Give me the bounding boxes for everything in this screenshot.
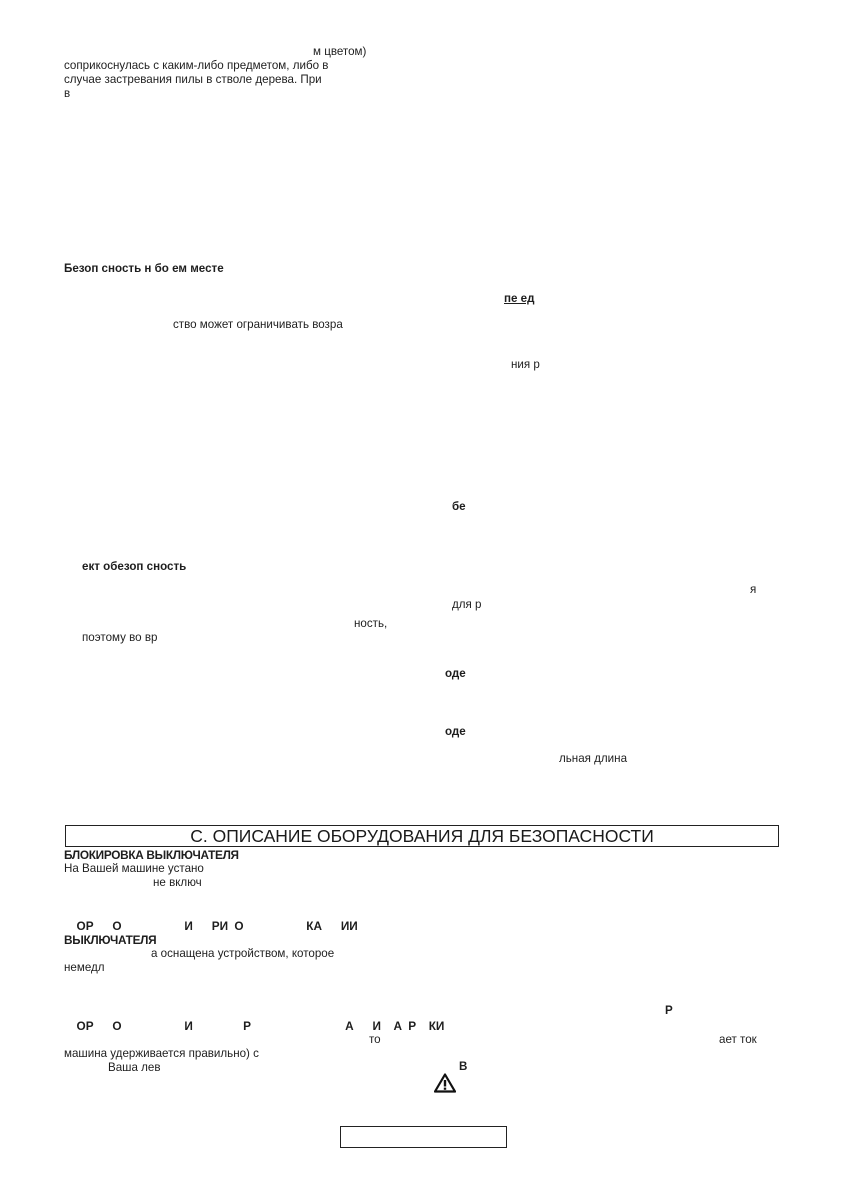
instant-stop-text: а оснащена устройством, которое	[151, 947, 334, 961]
heading-instant-stop: ОР О И РИ О КА ИИ	[64, 919, 358, 933]
brake-warning-bold: В	[459, 1060, 467, 1074]
switch-lock-text: не включ	[153, 876, 202, 890]
right-bold-fragment: оде	[445, 725, 466, 739]
brake-text: Ваша лев	[108, 1061, 161, 1075]
intro-line: м цветом)	[313, 45, 366, 59]
section-title-box: С. ОПИСАНИЕ ОБОРУДОВАНИЯ ДЛЯ БЕЗОПАСНОСТ…	[65, 825, 779, 847]
heading-instant-stop-line2: ВЫКЛЮЧАТЕЛЯ	[64, 933, 156, 947]
right-fragment: льная длина	[559, 752, 627, 766]
brake-fragment: ает ток	[719, 1033, 757, 1047]
section-title: С. ОПИСАНИЕ ОБОРУДОВАНИЯ ДЛЯ БЕЗОПАСНОСТ…	[190, 826, 654, 846]
instant-stop-text: немедл	[64, 961, 105, 975]
right-fragment: для р	[452, 598, 481, 612]
heading-switch-lock: БЛОКИРОВКА ВЫКЛЮЧАТЕЛЯ	[64, 848, 239, 862]
right-underlined-heading: пе ед	[504, 292, 534, 306]
right-bold-fragment: бе	[452, 500, 466, 514]
right-fragment: ния р	[511, 358, 540, 372]
intro-line: случае застревания пилы в стволе дерева.…	[64, 73, 322, 87]
page-number-box	[340, 1126, 507, 1148]
brake-fragment: то	[369, 1033, 381, 1047]
brake-right-bold: Р	[665, 1004, 673, 1018]
electrical-fragment: поэтому во вр	[82, 631, 157, 645]
heading-brake: ОР О И Р А И А Р КИ	[64, 1019, 444, 1033]
right-bold-fragment: оде	[445, 667, 466, 681]
electrical-fragment: ность,	[354, 617, 387, 631]
intro-line: соприкоснулась с каким-либо предметом, л…	[64, 59, 328, 73]
workplace-fragment: ство может ограничивать возра	[173, 318, 343, 332]
brake-text: машина удерживается правильно) с	[64, 1047, 259, 1061]
right-fragment: я	[750, 583, 756, 597]
heading-workplace-safety: Безоп сность н бо ем месте	[64, 262, 224, 276]
heading-electrical-safety: ект обезоп сность	[82, 560, 186, 574]
warning-triangle-icon	[434, 1073, 456, 1093]
intro-line: в	[64, 87, 70, 101]
switch-lock-text: На Вашей машине устано	[64, 862, 204, 876]
